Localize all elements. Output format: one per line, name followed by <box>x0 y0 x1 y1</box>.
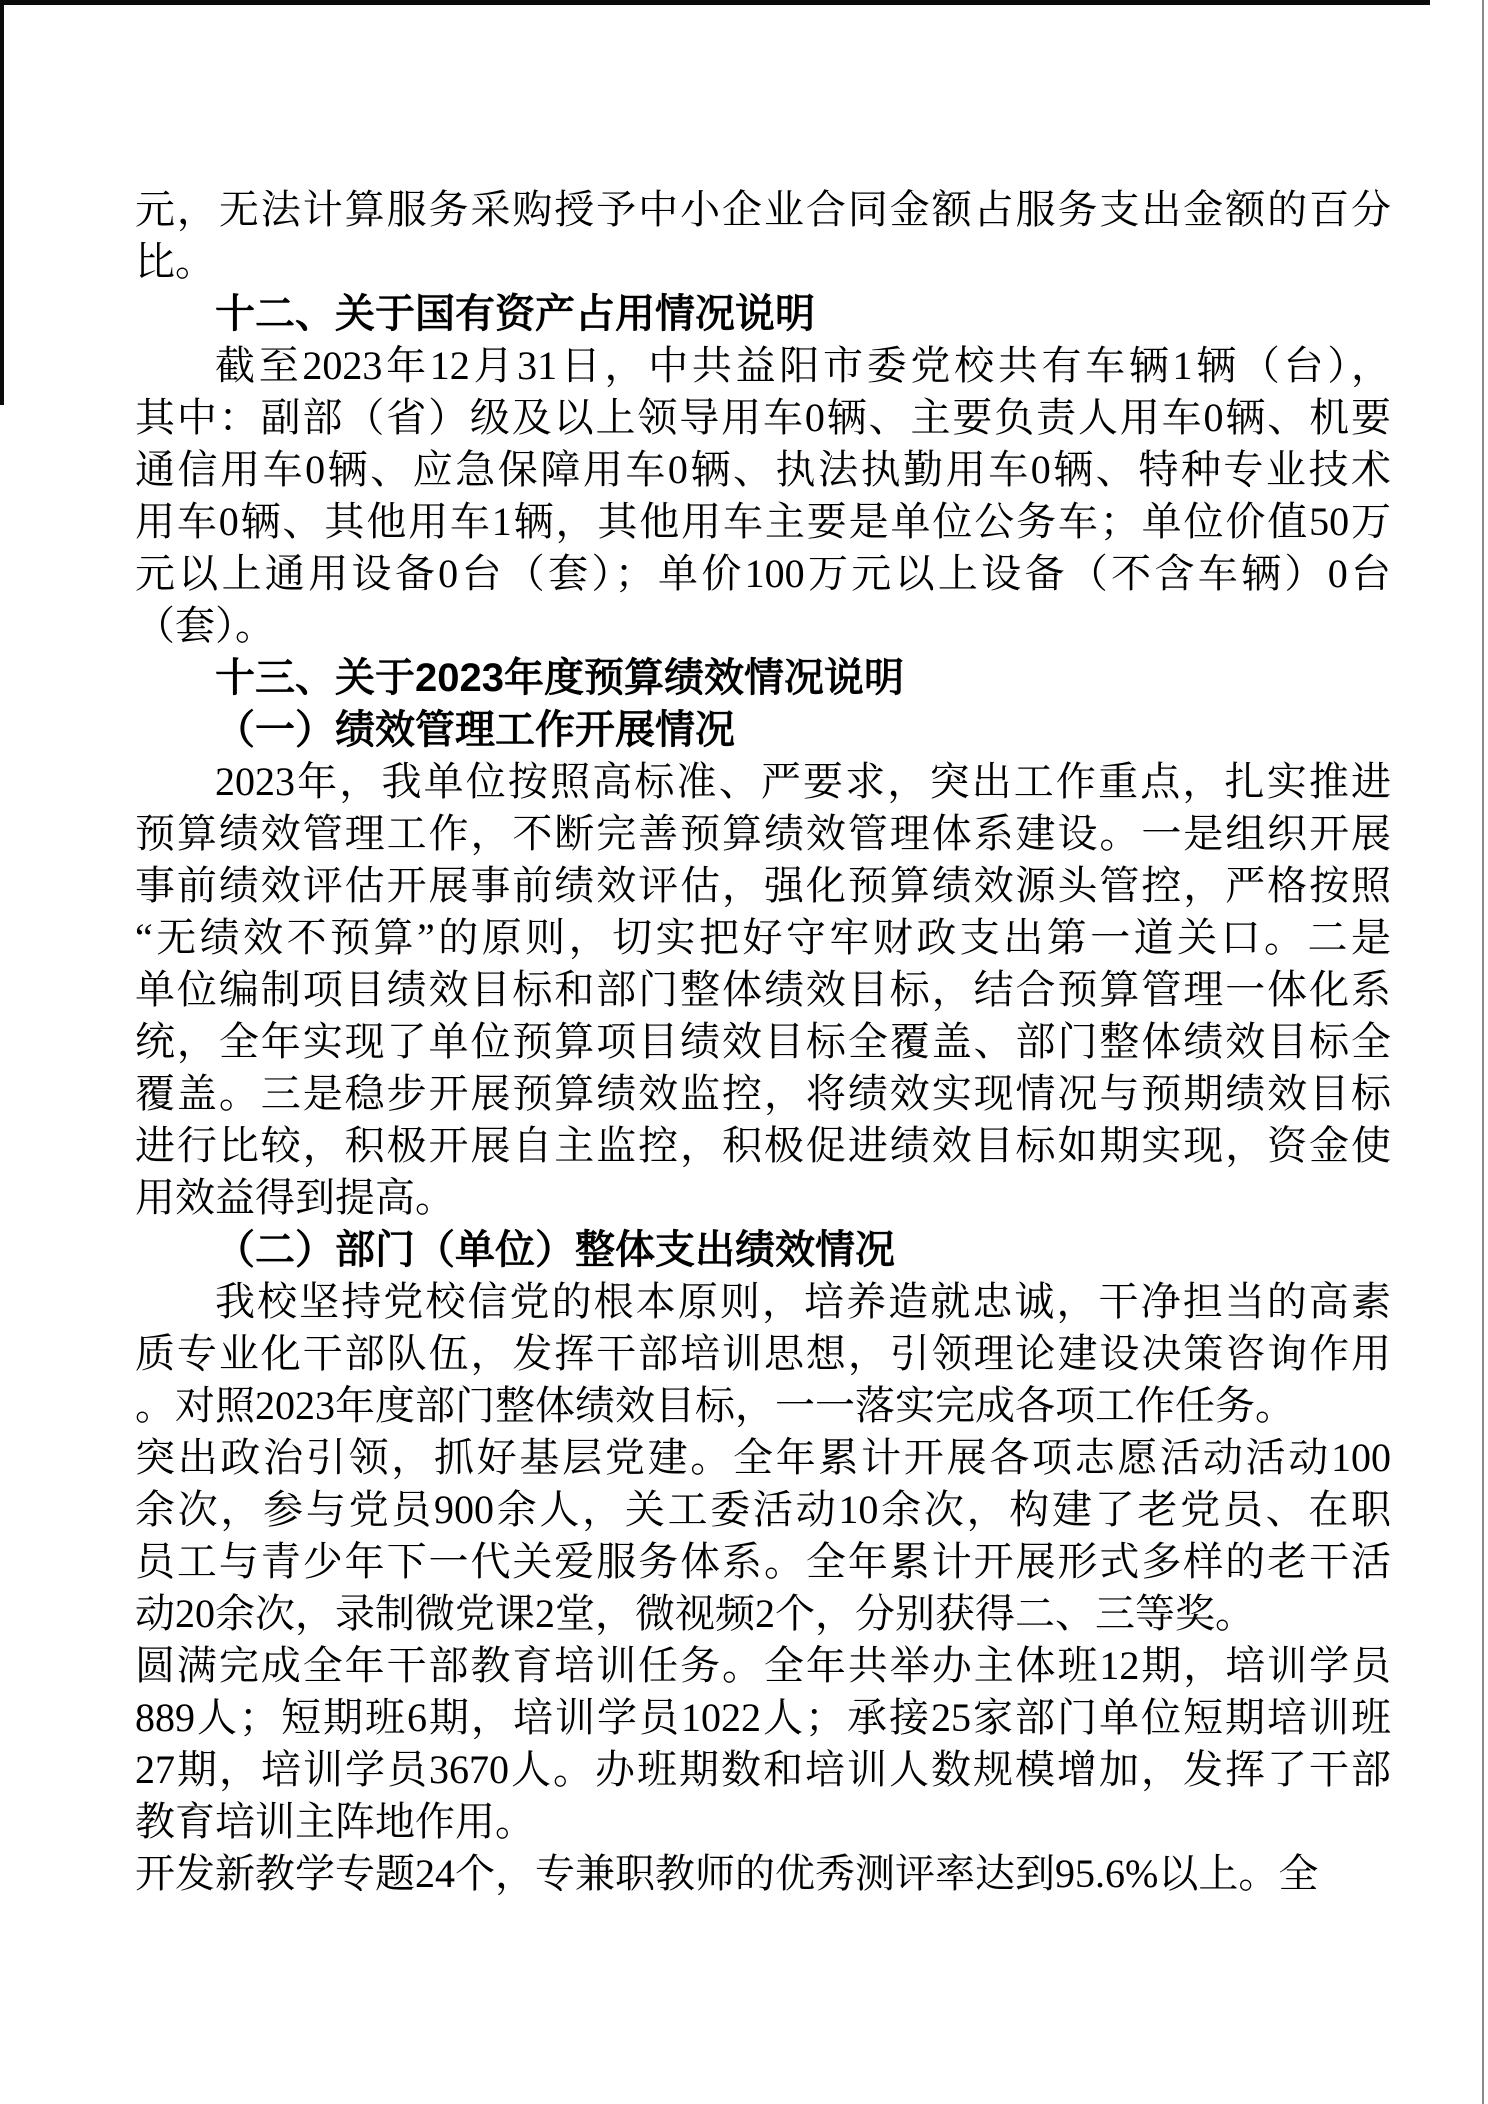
doc-line: 2023年，我单位按照高标准、严要求，突出工作重点，扎实推进 <box>135 756 1391 808</box>
doc-line: 元，无法计算服务采购授予中小企业合同金额占服务支出金额的百分 <box>135 184 1391 236</box>
scan-edge-right <box>1482 0 1484 2104</box>
doc-line: 单位编制项目绩效目标和部门整体绩效目标，结合预算管理一体化系 <box>135 964 1391 1016</box>
doc-line: 元以上通用设备0台（套）；单价100万元以上设备（不含车辆）0台 <box>135 548 1391 600</box>
doc-line: 用效益得到提高。 <box>135 1172 1391 1224</box>
document-page: { "document": { "language": "zh-CN", "li… <box>0 0 1488 2104</box>
doc-line: 员工与青少年下一代关爱服务体系。全年累计开展形式多样的老干活 <box>135 1536 1391 1588</box>
heading-section-thirteen: 十三、关于2023年度预算绩效情况说明 <box>135 652 1391 704</box>
doc-line: 余次，参与党员900余人，关工委活动10余次，构建了老党员、在职 <box>135 1484 1391 1536</box>
doc-line: 889人；短期班6期，培训学员1022人；承接25家部门单位短期培训班 <box>135 1692 1391 1744</box>
doc-line: 开发新教学专题24个，专兼职教师的优秀测评率达到95.6%以上。全 <box>135 1848 1391 1900</box>
heading-subsection-two: （二）部门（单位）整体支出绩效情况 <box>135 1224 1391 1276</box>
doc-line: 其中：副部（省）级及以上领导用车0辆、主要负责人用车0辆、机要 <box>135 392 1391 444</box>
doc-line: 我校坚持党校信党的根本原则，培养造就忠诚，干净担当的高素 <box>135 1276 1391 1328</box>
doc-line: （套）。 <box>135 600 1391 652</box>
doc-line: 质专业化干部队伍，发挥干部培训思想，引领理论建设决策咨询作用 <box>135 1328 1391 1380</box>
heading-section-twelve: 十二、关于国有资产占用情况说明 <box>135 288 1391 340</box>
doc-line: 进行比较，积极开展自主监控，积极促进绩效目标如期实现，资金使 <box>135 1120 1391 1172</box>
doc-line: 截至2023年12月31日，中共益阳市委党校共有车辆1辆（台）， <box>135 340 1391 392</box>
doc-line: 预算绩效管理工作，不断完善预算绩效管理体系建设。一是组织开展 <box>135 808 1391 860</box>
doc-line: 通信用车0辆、应急保障用车0辆、执法执勤用车0辆、特种专业技术 <box>135 444 1391 496</box>
scan-edge-top <box>0 0 1430 5</box>
doc-line: 圆满完成全年干部教育培训任务。全年共举办主体班12期，培训学员 <box>135 1640 1391 1692</box>
doc-line: 教育培训主阵地作用。 <box>135 1796 1391 1848</box>
doc-line: 比。 <box>135 236 1391 288</box>
doc-line: 。对照2023年度部门整体绩效目标，一一落实完成各项工作任务。 <box>135 1380 1391 1432</box>
doc-line: 覆盖。三是稳步开展预算绩效监控，将绩效实现情况与预期绩效目标 <box>135 1068 1391 1120</box>
doc-line: 动20余次，录制微党课2堂，微视频2个，分别获得二、三等奖。 <box>135 1588 1391 1640</box>
heading-subsection-one: （一）绩效管理工作开展情况 <box>135 704 1391 756</box>
scan-edge-left <box>0 0 4 405</box>
doc-line: 用车0辆、其他用车1辆，其他用车主要是单位公务车；单位价值50万 <box>135 496 1391 548</box>
doc-line: 统，全年实现了单位预算项目绩效目标全覆盖、部门整体绩效目标全 <box>135 1016 1391 1068</box>
doc-line: 事前绩效评估开展事前绩效评估，强化预算绩效源头管控，严格按照 <box>135 860 1391 912</box>
doc-line: “无绩效不预算”的原则，切实把好守牢财政支出第一道关口。二是 <box>135 912 1391 964</box>
doc-line: 27期，培训学员3670人。办班期数和培训人数规模增加，发挥了干部 <box>135 1744 1391 1796</box>
doc-line: 突出政治引领，抓好基层党建。全年累计开展各项志愿活动活动100 <box>135 1432 1391 1484</box>
document-text-block: 元，无法计算服务采购授予中小企业合同金额占服务支出金额的百分 比。 十二、关于国… <box>135 184 1391 1900</box>
